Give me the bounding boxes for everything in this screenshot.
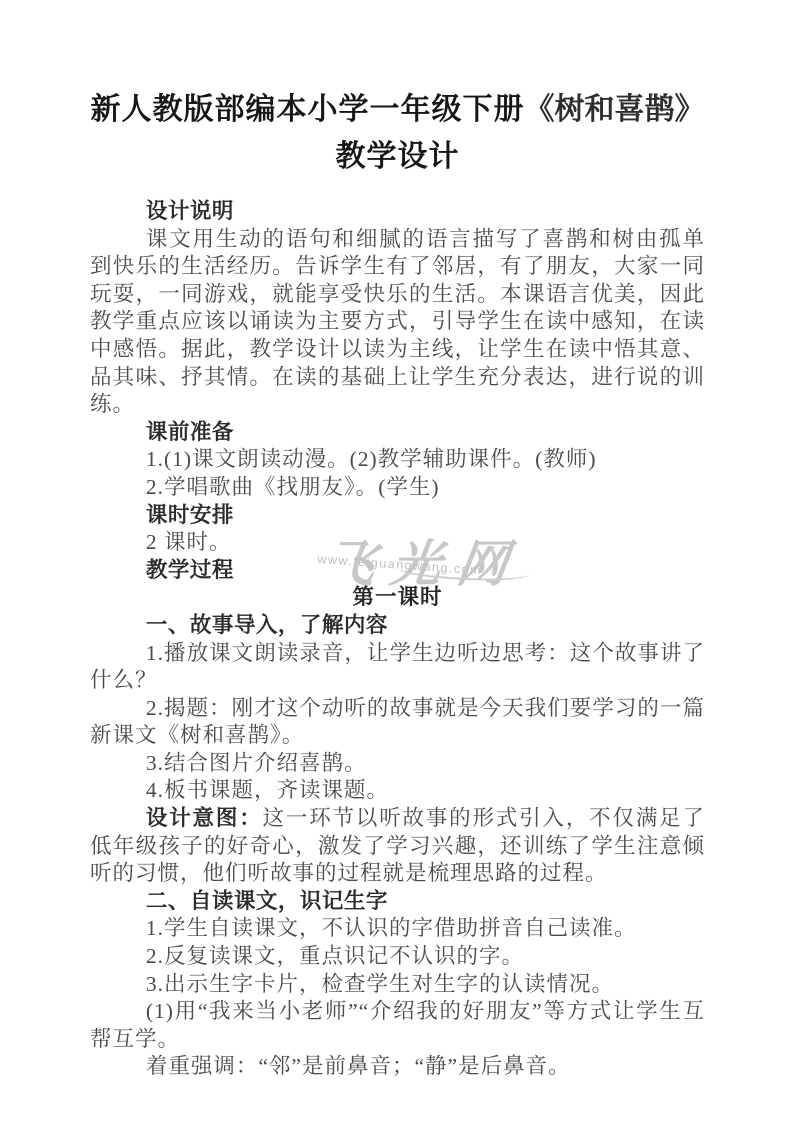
step-1-item-4: 4.板书课题，齐读课题。: [90, 777, 705, 805]
document-page: 飞光网 www.feiguangwang.com 新人教版部编本小学一年级下册《…: [0, 0, 793, 1122]
document-content: 新人教版部编本小学一年级下册《树和喜鹊》 教学设计 设计说明 课文用生动的语句和…: [0, 0, 793, 1081]
step-2-item-2: 2.反复读课文，重点识记不认识的字。: [90, 943, 705, 971]
step-1-item-3: 3.结合图片介绍喜鹊。: [90, 750, 705, 778]
doc-title: 新人教版部编本小学一年级下册《树和喜鹊》 教学设计: [90, 86, 705, 180]
step-2-item-1: 1.学生自读课文，不认识的字借助拼音自己读准。: [90, 915, 705, 943]
section-heading-design-notes: 设计说明: [90, 198, 705, 226]
section-heading-preparation: 课前准备: [90, 419, 705, 447]
step-2-item-3: 3.出示生字卡片，检查学生对生字的认读情况。: [90, 971, 705, 999]
session-1-heading: 第一课时: [90, 584, 705, 612]
title-line1-main: 新人教版部编本小学一年级下册: [91, 93, 525, 126]
step-1-item-1: 1.播放课文朗读录音，让学生边听边思考：这个故事讲了什么？: [90, 640, 705, 695]
title-line2: 教学设计: [336, 140, 460, 173]
step-1-heading: 一、故事导入，了解内容: [90, 612, 705, 640]
design-intent-note: 设计意图：这一环节以听故事的形式引入，不仅满足了低年级孩子的好奇心，激发了学习兴…: [90, 805, 705, 888]
title-line1-book-name: 《树和喜鹊》: [525, 93, 705, 126]
preparation-item-1: 1.(1)课文朗读动漫。(2)教学辅助课件。(教师): [90, 446, 705, 474]
design-intent-label: 设计意图：: [146, 806, 263, 830]
schedule-text: 2 课时。: [90, 529, 705, 557]
section-heading-process: 教学过程: [90, 557, 705, 585]
step-2-emphasis-note: 着重强调：“邻”是前鼻音；“静”是后鼻音。: [90, 1053, 705, 1081]
preparation-item-2: 2.学唱歌曲《找朋友》。(学生): [90, 474, 705, 502]
section-heading-schedule: 课时安排: [90, 502, 705, 530]
step-1-item-2: 2.揭题：刚才这个动听的故事就是今天我们要学习的一篇新课文《树和喜鹊》。: [90, 695, 705, 750]
step-2-item-3-sub-1: (1)用“我来当小老师”“介绍我的好朋友”等方式让学生互帮互学。: [90, 998, 705, 1053]
design-notes-text: 课文用生动的语句和细腻的语言描写了喜鹊和树由孤单到快乐的生活经历。告诉学生有了邻…: [90, 226, 705, 419]
step-2-heading: 二、自读课文，识记生字: [90, 888, 705, 916]
